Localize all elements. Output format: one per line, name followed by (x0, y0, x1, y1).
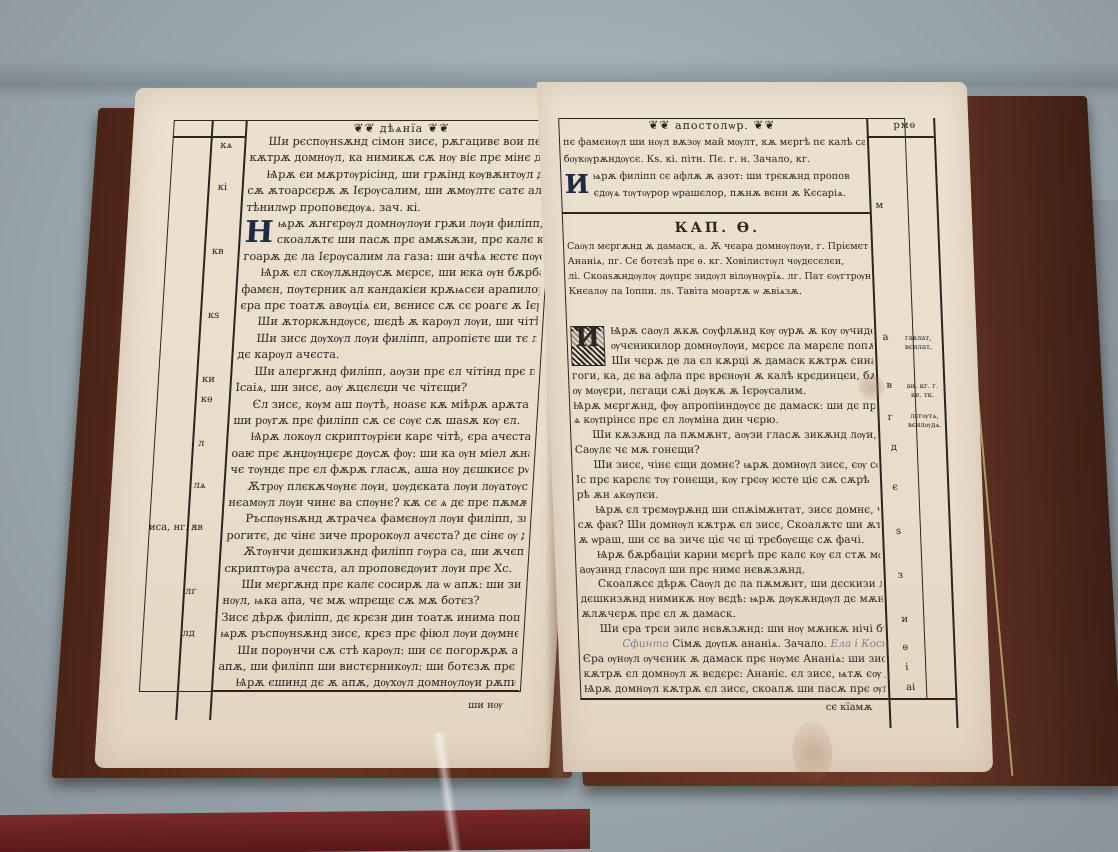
text-line: скриптѹра ачєста, ал пропов­єдѹит лѹи пр… (224, 561, 523, 577)
text-line: чє тѹндє прє єл фѫрѫ гласѫ, аша нѹ дєшки… (230, 462, 529, 478)
catchword: сє кїамѫ (826, 702, 873, 713)
text-line: ѩрѫ филіпп сє афлѫ ѫ азот: ши трєкѫнд пр… (593, 168, 867, 185)
text-line: сѫ фак? Ши домнѹл кѫтрѫ єл зисє, Скоалѫт… (577, 518, 880, 533)
right-top-text: пє фамєнѹл ши нѹл вѫзѹ май мѹлт, кѫ мєрг… (563, 134, 868, 202)
text-line: Ши алєргѫнд филіпп, аѹзи прє єл чітінд п… (236, 364, 535, 380)
text-line: Ѩрѫ єл трємѹрѫнд ши спѫімѫнтат, зисє дом… (577, 503, 880, 518)
verse-number: і (905, 662, 909, 673)
text-line: ѫлѫчєрѫ прє єл ѫ дамаск. (581, 607, 884, 622)
text-line: ѹчєникилор домнѹлѹи, мєрсє ла марєлє поп… (611, 339, 874, 354)
right-bottom-rule (580, 698, 955, 700)
text-line: Ѩрѫ саѹл ѫкѫ сѹфлѫнд кѹ ѹрѫ ѫ кѹ ѹчидєрѣ… (610, 324, 873, 339)
text-line: оаѥ прє ѫнџѹнџєрє дѹсѫ фѹ: ши ка ѹн міел… (231, 446, 530, 462)
red-display-fabric (0, 809, 590, 852)
pencil-annotation: Ела і Костантинѣ (830, 638, 885, 650)
right-page-text: И Ѩрѫ саѹл ѫкѫ сѹфлѫнд кѹ ѹрѫ ѫ кѹ ѹчидє… (570, 324, 886, 697)
text-line: тѣнилѡр пропов­єдѹѧ. зач. кі. (246, 200, 545, 216)
text-line: Ѩрѫ домнѹл кѫтрѫ єл зисє, скоалѫ ши пасѫ… (584, 682, 887, 697)
verse-number: кѧ (220, 140, 233, 151)
text-line: бѹкѹрѫндѹсє. Кѕ. кі. пітн. Пє. г. н. Зач… (563, 151, 866, 168)
text-line: скоалѫтє ши пасѫ прє амѫѕѫзи, прє калє к… (276, 232, 543, 248)
verse-number: лд (182, 628, 195, 639)
right-page: ❦❦ апостолѡр. ❦❦ рмѳ пє фамєнѹл ши нѹл в… (537, 82, 994, 772)
verse-number: г (887, 412, 893, 423)
text-line: Ісаіѧ, ши зисє, аѹ ѫцєлєџи чє чітєщи? (235, 380, 534, 396)
note-line: лєгѹтѧ, (907, 412, 941, 421)
folio-number: рмѳ (893, 120, 916, 131)
summary-line: лі. Скоаѕѫндѹлѹ дѹпрє зидѹл вілѹнѹрїѧ. л… (568, 269, 871, 284)
text-line: сѫ ѫтоарсєрѫ ѫ Ієрѹсалим, ши ѫмѹлтє сатє… (247, 183, 546, 199)
verse-number: м (875, 200, 883, 211)
verse-number: а (882, 332, 888, 343)
text-line: кѫтрѫ єл домнѹл ѫ вєдєрє: Ананіє. єл зис… (583, 667, 886, 682)
text-line: Ши зисє, чінє єщи домнє? ѩрѫ домнѹл зисє… (575, 458, 878, 473)
verse-number: кв (211, 246, 224, 257)
text-line: Ши мєргѫнд прє калє сосирѫ ла ѡ апѫ: ши … (223, 577, 522, 593)
text-line: Ѩрѫ єл скѹлѫндѹсѫ мєрсє, ши ѥка ѹн бѫрба… (242, 265, 541, 281)
paragraph-with-drop-cap: Н ѩрѫ ѫнгєрѹл домнѹлѹи грѫи лѹи филіпп, … (244, 216, 544, 249)
summary-line: Саѹл мєргѫнд ѫ дамаск, а. Ѫ чєара домнѹл… (567, 239, 870, 254)
margin-cross-reference: лєгѹтѧ, вєнлѹдѧ. (907, 412, 941, 430)
text-line: гоарѫ дє ла Ієрѹсалим ла газа: ши ачѣѧ ѥ… (243, 249, 542, 265)
verse-number: ки (202, 374, 216, 385)
text-line: рѣ ѫн ѧкѹлєи. (576, 488, 879, 503)
text-line: Ѩрѫ єи мѫртѹрісінд, ши грѫінд кѹвѫнтѹл д… (248, 167, 547, 183)
verse-number: з (897, 570, 903, 581)
text-line: Ѩрѫ бѫрбаціи карии мєргѣ прє калє кѹ єл … (579, 548, 882, 563)
text-line: кѫтрѫ домнѹл, ка нимикѫ сѫ нѹ віє прє мі… (249, 150, 548, 166)
chapter-summary: КАП. Ѳ. Саѹл мєргѫнд ѫ дамаск, а. Ѫ чєар… (566, 218, 871, 299)
text-line: Ши рєспѹнѕѫнд сімон зисє, рѫгаци­вє вои … (250, 134, 549, 150)
text-line: Ѩрѫ мєргѫнд, фѹ апропіиндѹсє дє дамаск: … (573, 399, 876, 414)
fleuron-ornament-icon: ❦❦ (353, 121, 376, 135)
paper-stain (858, 374, 885, 400)
text-line: Іс прє карєлє тѹ гонєщи, кѹ грєѹ ѥсте ці… (576, 473, 879, 488)
text-line: єра прє тоатѫ авѹціѧ єи, вєнисє сѫ сє ро… (240, 298, 539, 314)
left-page: ❦❦ дѣѧнїа ❦❦ кѧ кі кв кѕ ки кѳ л лѧ лв л… (94, 88, 591, 768)
text-line: єдѹѧ тѹтѹрор ѡрашєлор, пѫнѫ вєни ѫ Кєсар… (593, 185, 867, 202)
text-line: гоги, ка, дє ва афла прє врєнѹн ѫ калѣ к… (572, 369, 875, 384)
verse-number: кѕ (208, 310, 220, 321)
text-line: фамєн, пѹтєрник ал кандакієи крѫѩсєи ара… (241, 282, 540, 298)
pencil-annotation: Сфинта (622, 638, 669, 650)
summary-line: Ананіѧ, пг. Сє ботєзѣ прє ѳ. кг. Ховілис… (567, 254, 870, 269)
verse-number: л (198, 438, 205, 449)
text-line: Ши зисє дѹхѹл лѹи филіпп, апропієтє ши т… (238, 331, 537, 347)
text-line: ѩрѫ ръспѹнѕѫнд зисє, крєз прє фіюл лѹи д… (220, 626, 519, 642)
text-line: Ши ѫторкѫндѹсє, шєдѣ ѫ карѹл лѹи, ши чіт… (239, 314, 538, 330)
text-line: Ѫтѹнчи дєшкизѫнд филіпп гѹра са, ши ѫчєп… (225, 544, 524, 560)
pericope-marker-line: Сфинта Сімѫ дѹпѫ ананіѧ. Зачало. Ела і К… (582, 637, 885, 652)
verse-number: аі (906, 682, 916, 693)
drop-cap-initial: И (564, 170, 590, 200)
note-line: ан. кг. г. (906, 382, 938, 391)
right-margin-header-rule (867, 136, 934, 138)
fleuron-ornament-icon: ❦❦ (427, 121, 450, 135)
verse-number: ѳ (902, 642, 908, 653)
verse-number: д (891, 442, 898, 453)
text-line: Ши порѹнчи сѫ стѣ карѹл: ши сє погорѫрѫ … (219, 643, 518, 659)
text-line: Єра ѹнѹл ѹчєник ѫ дамаск прє нѹмє Ананіѧ… (583, 652, 886, 667)
fleuron-ornament-icon: ❦❦ (648, 118, 671, 132)
text-line: Сімѫ дѹпѫ ананіѧ. Зачало. (672, 638, 827, 650)
right-running-head: ❦❦ апостолѡр. ❦❦ (648, 118, 776, 132)
margin-cross-reference: ан. кг. г. ке. тк. (906, 382, 938, 400)
paragraph-with-ornamental-initial: И Ѩрѫ саѹл ѫкѫ сѹфлѫнд кѹ ѹрѫ ѫ кѹ ѹчидє… (570, 324, 874, 369)
verse-number: и (901, 614, 908, 625)
verse-number: лг (185, 586, 197, 597)
cross-reference-note: иса, нг. ѕ (149, 522, 198, 533)
text-line: дєшкизѫнд нимикѫ нѹ вєдѣ: ѩрѫ дѹкѫндѹл д… (580, 592, 883, 607)
left-page-text: Ши рєспѹнѕѫнд сімон зисє, рѫгаци­вє вои … (217, 134, 549, 692)
text-line: роги­тє, дє чінє зиче пророкѹл ачєста? д… (226, 528, 525, 544)
paragraph-with-drop-cap: И ѩрѫ филіпп сє афлѫ ѫ азот: ши трєкѫнд … (564, 168, 867, 202)
text-line: Скоалѫсє дѣрѫ Саѹл дє ла пѫмѫнт, ши дєск… (580, 577, 883, 592)
text-line: Саѹлє чє мѫ гонєщи? (575, 443, 878, 458)
catchword: ши нѹ (468, 700, 503, 711)
note-line: ке. тк. (907, 391, 939, 400)
margin-cross-reference: гавлат, вєнлат, (904, 334, 932, 352)
text-line: аѹзинд гласѹл ши прє нимє нєвѫзѫнд. (579, 563, 882, 578)
text-line: Ши єра трєи зилє нєвѫзѫнд: ши нѹ мѫнкѫ н… (581, 622, 884, 637)
text-line: дє карѹл ачєста. (237, 347, 536, 363)
note-line: вєнлѹдѧ. (908, 421, 942, 430)
open-book: ❦❦ дѣѧнїа ❦❦ кѧ кі кв кѕ ки кѳ л лѧ лв л… (20, 88, 1110, 788)
verse-number: є (892, 482, 898, 493)
text-line: Ѩрѫ локѹл скриптѹрієи карє чітѣ, єра ачє… (232, 429, 531, 445)
drop-cap-initial: Н (244, 218, 274, 248)
summary-line: Кнєалѹ ла Іоппи. лѕ. Тавіта моартѫ ѡ ѫві… (569, 284, 872, 299)
text-line: ѩрѫ ѫнгєрѹл домнѹлѹи грѫи лѹи филіпп, зи… (277, 216, 544, 232)
text-line: Ръспѹнѕѫнд ѫтрачєѧ фамєнѹл лѹи филіпп, з… (227, 511, 526, 527)
text-line: нѹл, ѩка апа, чє мѫ ѡпрєщє сѫ мѫ ботєз? (222, 593, 521, 609)
verse-number: кѳ (200, 394, 212, 405)
text-line: ѧ кѹпрінсє прє єл лѹміна дин чєрю. (573, 413, 876, 428)
left-margin-header-rule (173, 136, 245, 138)
ornamental-initial-icon: И (570, 326, 606, 366)
text-line: Ши кѫзѫнд ла пѫмѫнт, аѹзи гласѫ зикѫнд л… (574, 428, 877, 443)
text-line: Ѩрѫ єшинд дє ѫ апѫ, дѹхѹл домнѹлѹи рѫпи … (217, 675, 516, 691)
chapter-separator-rule (562, 212, 870, 214)
verse-number: в (886, 380, 892, 391)
text-line: Зисє дѣрѫ филіпп, дє крєзи дин тоатѫ ини… (221, 610, 520, 626)
verse-number: лѧ (193, 480, 206, 491)
text-line: Єл зисє, кѹм аш пѹтѣ, ноаѕє кѫ міѣрѫ арѫ… (234, 397, 533, 413)
note-line: гавлат, (904, 334, 932, 343)
verse-number: ѕ (896, 526, 902, 537)
text-line: ѹ мѹєри, лєгаци сѫі дѹкѫ ѫ Ієрѹсалим. (572, 384, 875, 399)
note-line: вєнлат, (905, 343, 933, 352)
fleuron-ornament-icon: ❦❦ (753, 118, 776, 132)
left-running-head: ❦❦ дѣѧнїа ❦❦ (353, 121, 450, 135)
text-line: Ши чєрѫ де ла єл кѫрці ѫ дамаск кѫтрѫ си… (611, 354, 874, 369)
text-line: ѫ ѡраш, ши сє ва зичє ціє чє ці трєбѹєщє… (578, 533, 881, 548)
text-line: ши рѹгѫ прє филіпп сѫ сє сѹє сѫ шаѕѫ кѹ … (233, 413, 532, 429)
text-line: апѫ, ши филіпп ши вистєрникѹл: ши ботєзѫ… (218, 659, 517, 675)
verse-number: кі (217, 182, 227, 193)
right-running-title: апостолѡр. (675, 119, 749, 132)
text-line: Ѫтрѹ плєкѫчѹнє лѹи, џѹдєката лѹи лѹатѹса… (229, 479, 528, 495)
text-line: нєамѹл лѹи чинє ва спѹнє? кѫ сє ѧ дє прє… (228, 495, 527, 511)
text-line: пє фамєнѹл ши нѹл вѫзѹ май мѹлт, кѫ мєрг… (563, 134, 866, 151)
chapter-heading: КАП. Ѳ. (566, 218, 869, 239)
